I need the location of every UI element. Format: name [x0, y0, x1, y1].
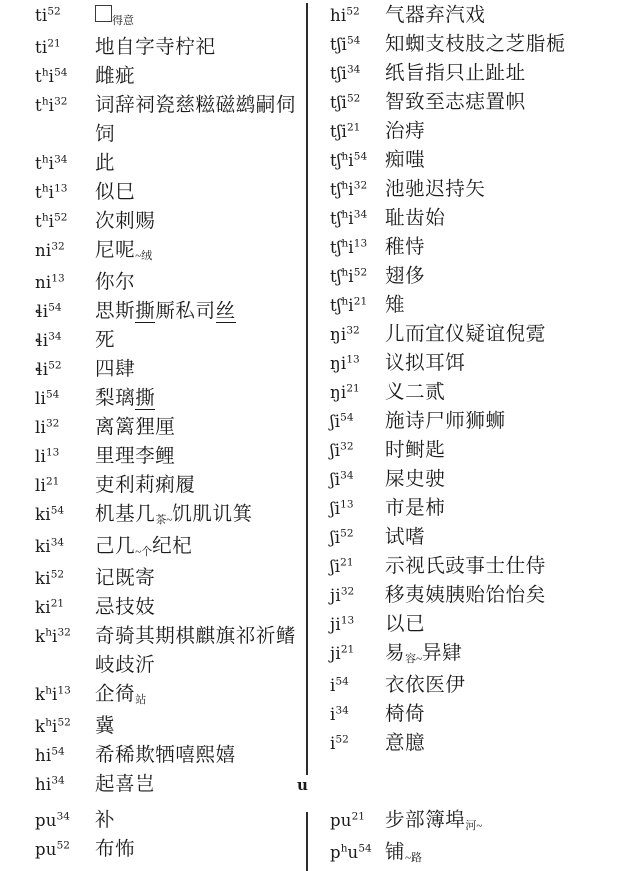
gloss-characters: 此	[95, 149, 303, 178]
character-run: 思斯	[95, 301, 135, 322]
tone-superscript: 13	[354, 238, 367, 250]
tone-superscript: 34	[354, 209, 367, 221]
ipa-syllable: ŋi21	[330, 378, 385, 407]
dict-entry: hi54希稀欺牺嘻熙嬉	[35, 741, 303, 770]
ipa-syllable: khi13	[35, 680, 95, 709]
tone-superscript: 34	[57, 811, 70, 823]
character-run: 厮私司	[155, 301, 215, 322]
dict-entry: tʃhi32池驰迟持矢	[330, 175, 613, 204]
ipa-syllable: thi32	[35, 91, 95, 120]
tone-superscript: 21	[340, 557, 353, 569]
character-run: 起喜岂	[95, 774, 155, 795]
ipa-syllable: ʃi13	[330, 494, 385, 523]
tone-superscript: 13	[51, 273, 64, 285]
character-run: 梨璃	[95, 388, 135, 409]
ipa-syllable: i54	[330, 671, 385, 700]
tone-superscript: 52	[57, 840, 70, 852]
gloss-characters: 池驰迟持矢	[385, 175, 613, 204]
character-run: 忌技妓	[95, 597, 155, 618]
gloss-characters: 忌技妓	[95, 593, 303, 622]
character-run: 死	[95, 330, 115, 351]
gloss-characters: 机基几茶~饥肌讥箕	[95, 500, 303, 532]
tone-superscript: 13	[341, 615, 354, 627]
missing-character-box	[95, 5, 112, 22]
character-run: 试嗜	[385, 527, 425, 548]
ipa-syllable: thi54	[35, 62, 95, 91]
character-run: 市是柿	[385, 498, 445, 519]
aspiration-superscript: h	[342, 238, 349, 250]
ipa-syllable: ni13	[35, 268, 95, 297]
tone-superscript: 52	[48, 360, 61, 372]
tone-superscript: 21	[46, 476, 59, 488]
dict-entry: li21吏利莉痢履	[35, 471, 303, 500]
character-run: 衣依医伊	[385, 675, 465, 696]
gloss-characters: 雉	[385, 291, 613, 320]
aspiration-superscript: h	[42, 96, 49, 108]
gloss-characters: 治痔	[385, 117, 613, 146]
dict-entry: tʃi54知蜘支枝肢之芝脂栀	[330, 30, 613, 59]
dict-entry: ʃi34屎史驶	[330, 465, 613, 494]
dict-entry: li32离篱狸厘	[35, 413, 303, 442]
gloss-characters: 义二贰	[385, 378, 613, 407]
aspiration-superscript: h	[342, 209, 349, 221]
ipa-syllable: ki54	[35, 500, 95, 529]
character-run: 纸旨指只止趾址	[385, 63, 526, 84]
dict-entry: ni32尼呢~绒	[35, 236, 303, 268]
aspiration-superscript: h	[45, 627, 52, 639]
character-run: 四肆	[95, 359, 135, 380]
gloss-characters: 思斯撕厮私司丝	[95, 297, 303, 326]
tone-superscript: 54	[48, 302, 61, 314]
tone-superscript: 32	[341, 586, 354, 598]
ipa-syllable: tʃhi21	[330, 291, 385, 320]
tone-superscript: 52	[47, 6, 60, 18]
gloss-characters: 知蜘支枝肢之芝脂栀	[385, 30, 613, 59]
character-run: 补	[95, 810, 115, 831]
gloss-characters: 纸旨指只止趾址	[385, 59, 613, 88]
ipa-syllable: ni32	[35, 236, 95, 265]
character-run: 示视氏豉事士仕侍	[385, 556, 546, 577]
dict-entry: ŋi21义二贰	[330, 378, 613, 407]
ipa-syllable: tʃi52	[330, 88, 385, 117]
character-run: 己几	[95, 536, 135, 557]
character-run: 雌疵	[95, 66, 135, 87]
gloss-characters: 以已	[385, 610, 613, 639]
character-run: 机基几	[95, 504, 155, 525]
ipa-syllable: tʃhi13	[330, 233, 385, 262]
character-run: 尼呢	[95, 240, 135, 261]
character-run: 义二贰	[385, 382, 445, 403]
ipa-syllable: ki21	[35, 593, 95, 622]
tone-superscript: 34	[51, 537, 64, 549]
gloss-characters: 时鲥匙	[385, 436, 613, 465]
tone-superscript: 34	[51, 775, 64, 787]
tone-superscript: 13	[346, 354, 359, 366]
tone-superscript: 54	[340, 412, 353, 424]
tone-superscript: 54	[347, 35, 360, 47]
tone-superscript: 21	[347, 122, 360, 134]
ipa-syllable: ʃi54	[330, 407, 385, 436]
gloss-characters: 椅倚	[385, 700, 613, 729]
ipa-syllable: ʃi32	[330, 436, 385, 465]
gloss-characters: 吏利莉痢履	[95, 471, 303, 500]
dict-entry: thi32词辞祠瓷慈糍磁鹚嗣伺饲	[35, 91, 303, 149]
dictionary-page: { "page": { "type": "dialect-syllabary-d…	[0, 0, 617, 871]
tone-superscript: 13	[54, 183, 67, 195]
character-run: 痴嗤	[385, 150, 425, 171]
dict-entry: pu21步部簿埠河~	[330, 806, 613, 838]
character-run: 奇骑其期棋麒旗祁祈鳍岐歧沂	[95, 626, 296, 676]
tone-superscript: 32	[51, 241, 64, 253]
gloss-characters: 似巳	[95, 178, 303, 207]
character-run: 耻齿始	[385, 208, 445, 229]
dict-entry: ki34己几~个纪杞	[35, 532, 303, 564]
dict-entry: phu54铺~路	[330, 838, 613, 870]
ipa-syllable: ji32	[330, 581, 385, 610]
tone-superscript: 52	[354, 267, 367, 279]
character-run: 似巳	[95, 182, 135, 203]
dict-entry: thi54雌疵	[35, 62, 303, 91]
character-run: 记既寄	[95, 568, 155, 589]
character-run: 纪杞	[152, 536, 192, 557]
ipa-syllable: tʃi54	[330, 30, 385, 59]
gloss-characters: 四肆	[95, 355, 303, 384]
tone-superscript: 13	[57, 685, 70, 697]
tone-superscript: 52	[346, 6, 359, 18]
gloss-characters: 议拟耳饵	[385, 349, 613, 378]
character-run: 布怖	[95, 839, 135, 860]
dict-entry: thi34此	[35, 149, 303, 178]
gloss-characters: 地自字寺柠祀	[95, 33, 303, 62]
usage-note: ~绒	[135, 250, 152, 262]
ipa-syllable: tʃhi52	[330, 262, 385, 291]
gloss-characters: 示视氏豉事士仕侍	[385, 552, 613, 581]
gloss-characters: 易容~异肄	[385, 639, 613, 671]
tone-superscript: 54	[51, 746, 64, 758]
gloss-characters: 你尔	[95, 268, 303, 297]
gloss-characters: 次刺赐	[95, 207, 303, 236]
dict-entry: ki21忌技妓	[35, 593, 303, 622]
gloss-characters: 尼呢~绒	[95, 236, 303, 268]
ipa-syllable: ɬi54	[35, 297, 95, 326]
tone-superscript: 32	[57, 627, 70, 639]
usage-note: 容~	[405, 653, 422, 665]
ipa-syllable: ti21	[35, 33, 95, 62]
underlined-character: 撕	[135, 388, 155, 410]
dict-entry: ʃi13市是柿	[330, 494, 613, 523]
tone-superscript: 54	[51, 505, 64, 517]
ipa-syllable: phu54	[330, 838, 385, 867]
tone-superscript: 21	[346, 383, 359, 395]
aspiration-superscript: h	[342, 151, 349, 163]
character-run: 铺	[385, 842, 405, 863]
character-run: 雉	[385, 295, 405, 316]
character-run: 次刺赐	[95, 211, 155, 232]
gloss-characters: 意臆	[385, 729, 613, 758]
gloss-characters: 衣依医伊	[385, 671, 613, 700]
dict-entry: pu52布怖	[35, 835, 303, 864]
ipa-syllable: hi52	[330, 1, 385, 30]
character-run: 知蜘支枝肢之芝脂栀	[385, 34, 566, 55]
dict-entry: li54梨璃撕	[35, 384, 303, 413]
gloss-characters: 记既寄	[95, 564, 303, 593]
aspiration-superscript: h	[342, 180, 349, 192]
gloss-characters: 步部簿埠河~	[385, 806, 613, 838]
aspiration-superscript: h	[42, 154, 49, 166]
tone-superscript: 32	[340, 441, 353, 453]
dict-entry: ʃi21示视氏豉事士仕侍	[330, 552, 613, 581]
gloss-characters: 企徛站	[95, 680, 303, 712]
ipa-syllable: ɬi52	[35, 355, 95, 384]
ipa-syllable: ŋi32	[330, 320, 385, 349]
dict-entry: ni13你尔	[35, 268, 303, 297]
gloss-characters: 里理李鲤	[95, 442, 303, 471]
gloss-characters: 离篱狸厘	[95, 413, 303, 442]
gloss-characters: 得意	[95, 1, 303, 33]
tone-superscript: 32	[346, 325, 359, 337]
tone-superscript: 52	[51, 569, 64, 581]
gloss-characters: 气器弃汽戏	[385, 1, 613, 30]
ipa-syllable: pu34	[35, 806, 95, 835]
character-run: 里理李鲤	[95, 446, 175, 467]
character-run: 以已	[385, 614, 425, 635]
tone-superscript: 54	[335, 676, 348, 688]
ipa-syllable: i52	[330, 729, 385, 758]
ipa-syllable: li32	[35, 413, 95, 442]
tone-superscript: 21	[341, 644, 354, 656]
dict-entry: pu34补	[35, 806, 303, 835]
gloss-characters: 词辞祠瓷慈糍磁鹚嗣伺饲	[95, 91, 303, 149]
underlined-character: 撕	[135, 301, 155, 323]
character-run: 儿而宜仪疑谊倪霓	[385, 324, 546, 345]
aspiration-superscript: h	[341, 843, 348, 855]
usage-note: ~个	[135, 546, 152, 558]
gloss-characters: 冀	[95, 712, 303, 741]
tone-superscript: 52	[347, 93, 360, 105]
dict-entry: tʃhi13稚恃	[330, 233, 613, 262]
tone-superscript: 54	[54, 67, 67, 79]
dict-entry: hi34起喜岂	[35, 770, 303, 799]
dict-entry: tʃhi54痴嗤	[330, 146, 613, 175]
dict-entry: ɬi54思斯撕厮私司丝	[35, 297, 303, 326]
tone-superscript: 52	[54, 212, 67, 224]
dict-entry: ʃi32时鲥匙	[330, 436, 613, 465]
ipa-syllable: pu52	[35, 835, 95, 864]
ipa-syllable: hi34	[35, 770, 95, 799]
ipa-syllable: li54	[35, 384, 95, 413]
ipa-syllable: tʃhi54	[330, 146, 385, 175]
dict-entry: tʃhi34耻齿始	[330, 204, 613, 233]
column-divider-top	[306, 3, 308, 775]
ipa-syllable: ʃi21	[330, 552, 385, 581]
aspiration-superscript: h	[42, 67, 49, 79]
dict-entry: ji13以已	[330, 610, 613, 639]
dict-entry: ʃi52试嗜	[330, 523, 613, 552]
tone-superscript: 34	[54, 154, 67, 166]
character-run: 稚恃	[385, 237, 425, 258]
dict-entry: thi13似巳	[35, 178, 303, 207]
dict-entry: ʃi54施诗尸师狮蛳	[330, 407, 613, 436]
dict-entry: tʃhi21雉	[330, 291, 613, 320]
tone-superscript: 54	[46, 389, 59, 401]
ipa-syllable: tʃhi32	[330, 175, 385, 204]
ipa-syllable: thi13	[35, 178, 95, 207]
dict-entry: li13里理李鲤	[35, 442, 303, 471]
ipa-syllable: ji13	[330, 610, 385, 639]
dict-entry: khi13企徛站	[35, 680, 303, 712]
gloss-characters: 施诗尸师狮蛳	[385, 407, 613, 436]
gloss-characters: 起喜岂	[95, 770, 303, 799]
tone-superscript: 32	[54, 96, 67, 108]
gloss-characters: 痴嗤	[385, 146, 613, 175]
tone-superscript: 54	[358, 843, 371, 855]
tone-superscript: 34	[340, 470, 353, 482]
ipa-syllable: pu21	[330, 806, 385, 835]
character-run: 气器弃汽戏	[385, 5, 486, 26]
gloss-characters: 己几~个纪杞	[95, 532, 303, 564]
left-column: ti52得意ti21地自字寺柠祀thi54雌疵thi32词辞祠瓷慈糍磁鹚嗣伺饲t…	[35, 1, 303, 799]
ipa-syllable: thi34	[35, 149, 95, 178]
tone-superscript: 21	[51, 598, 64, 610]
tone-superscript: 34	[335, 705, 348, 717]
dict-entry: ji21易容~异肄	[330, 639, 613, 671]
dict-entry: ɬi34死	[35, 326, 303, 355]
gloss-characters: 铺~路	[385, 838, 613, 870]
character-run: 企徛	[95, 684, 135, 705]
ipa-syllable: ɬi34	[35, 326, 95, 355]
gloss-characters: 移夷姨胰贻饴怡矣	[385, 581, 613, 610]
ipa-syllable: tʃhi34	[330, 204, 385, 233]
character-run: 步部簿埠	[385, 810, 465, 831]
dict-entry: thi52次刺赐	[35, 207, 303, 236]
gloss-characters: 梨璃撕	[95, 384, 303, 413]
ipa-syllable: ki52	[35, 564, 95, 593]
ipa-syllable: ŋi13	[330, 349, 385, 378]
usage-note: 站	[135, 694, 146, 706]
character-run: 池驰迟持矢	[385, 179, 486, 200]
dict-entry: ɬi52四肆	[35, 355, 303, 384]
ipa-syllable: li21	[35, 471, 95, 500]
dict-entry: tʃi21治痔	[330, 117, 613, 146]
ipa-syllable: hi54	[35, 741, 95, 770]
gloss-characters: 奇骑其期棋麒旗祁祈鳍岐歧沂	[95, 622, 303, 680]
gloss-characters: 市是柿	[385, 494, 613, 523]
ipa-syllable: ji21	[330, 639, 385, 668]
character-run: 治痔	[385, 121, 425, 142]
character-run: 你尔	[95, 272, 135, 293]
gloss-characters: 智致至志痣置帜	[385, 88, 613, 117]
character-run: 移夷姨胰贻饴怡矣	[385, 585, 546, 606]
aspiration-superscript: h	[42, 212, 49, 224]
aspiration-superscript: h	[342, 267, 349, 279]
gloss-characters: 布怖	[95, 835, 303, 864]
character-run: 地自字寺柠祀	[95, 37, 216, 58]
dict-entry: tʃhi52翅侈	[330, 262, 613, 291]
gloss-characters: 试嗜	[385, 523, 613, 552]
dict-entry: ki54机基几茶~饥肌讥箕	[35, 500, 303, 532]
aspiration-superscript: h	[45, 717, 52, 729]
character-run: 希稀欺牺嘻熙嬉	[95, 745, 236, 766]
dict-entry: tʃi52智致至志痣置帜	[330, 88, 613, 117]
gloss-characters: 儿而宜仪疑谊倪霓	[385, 320, 613, 349]
ipa-syllable: ʃi52	[330, 523, 385, 552]
tone-superscript: 52	[57, 717, 70, 729]
bottom-left-column: pu34补pu52布怖	[35, 806, 303, 864]
dict-entry: ti21地自字寺柠祀	[35, 33, 303, 62]
character-run: 意臆	[385, 733, 425, 754]
aspiration-superscript: h	[342, 296, 349, 308]
tone-superscript: 13	[340, 499, 353, 511]
character-run: 时鲥匙	[385, 440, 445, 461]
character-run: 翅侈	[385, 266, 425, 287]
tone-superscript: 52	[340, 528, 353, 540]
gloss-characters: 补	[95, 806, 303, 835]
ipa-syllable: tʃi34	[330, 59, 385, 88]
dict-entry: ki52记既寄	[35, 564, 303, 593]
gloss-characters: 翅侈	[385, 262, 613, 291]
column-divider-bottom	[306, 812, 308, 871]
tone-superscript: 32	[46, 418, 59, 430]
character-run: 异肄	[422, 643, 462, 664]
gloss-characters: 雌疵	[95, 62, 303, 91]
character-run: 冀	[95, 716, 115, 737]
right-column: hi52气器弃汽戏tʃi54知蜘支枝肢之芝脂栀tʃi34纸旨指只止趾址tʃi52…	[330, 1, 613, 758]
dict-entry: tʃi34纸旨指只止趾址	[330, 59, 613, 88]
tone-superscript: 21	[354, 296, 367, 308]
usage-note: 茶~	[155, 514, 172, 526]
character-run: 施诗尸师狮蛳	[385, 411, 506, 432]
dict-entry: ŋi32儿而宜仪疑谊倪霓	[330, 320, 613, 349]
dict-entry: ti52得意	[35, 1, 303, 33]
tone-superscript: 21	[47, 38, 60, 50]
character-run: 吏利莉痢履	[95, 475, 196, 496]
dict-entry: khi52冀	[35, 712, 303, 741]
ipa-syllable: ki34	[35, 532, 95, 561]
ipa-syllable: li13	[35, 442, 95, 471]
dict-entry: i52意臆	[330, 729, 613, 758]
tone-superscript: 34	[48, 331, 61, 343]
aspiration-superscript: h	[45, 685, 52, 697]
ipa-syllable: i34	[330, 700, 385, 729]
bottom-right-column: pu21步部簿埠河~phu54铺~路	[330, 806, 613, 870]
usage-note: ~路	[405, 852, 422, 864]
character-run: 此	[95, 153, 115, 174]
underlined-character: 丝	[216, 301, 236, 323]
dict-entry: ji32移夷姨胰贻饴怡矣	[330, 581, 613, 610]
ipa-syllable: ʃi34	[330, 465, 385, 494]
character-run: 智致至志痣置帜	[385, 92, 526, 113]
usage-note: 河~	[465, 820, 482, 832]
gloss-characters: 死	[95, 326, 303, 355]
character-run: 议拟耳饵	[385, 353, 465, 374]
character-run: 饥肌讥箕	[172, 504, 252, 525]
usage-note: 得意	[112, 15, 134, 27]
dict-entry: khi32奇骑其期棋麒旗祁祈鳍岐歧沂	[35, 622, 303, 680]
gloss-characters: 耻齿始	[385, 204, 613, 233]
ipa-syllable: khi52	[35, 712, 95, 741]
character-run: 屎史驶	[385, 469, 445, 490]
aspiration-superscript: h	[42, 183, 49, 195]
dict-entry: i34椅倚	[330, 700, 613, 729]
tone-superscript: 32	[354, 180, 367, 192]
tone-superscript: 54	[354, 151, 367, 163]
ipa-syllable: tʃi21	[330, 117, 385, 146]
dict-entry: i54衣依医伊	[330, 671, 613, 700]
ipa-syllable: khi32	[35, 622, 95, 651]
gloss-characters: 希稀欺牺嘻熙嬉	[95, 741, 303, 770]
ipa-syllable: ti52	[35, 1, 95, 30]
dict-entry: hi52气器弃汽戏	[330, 1, 613, 30]
